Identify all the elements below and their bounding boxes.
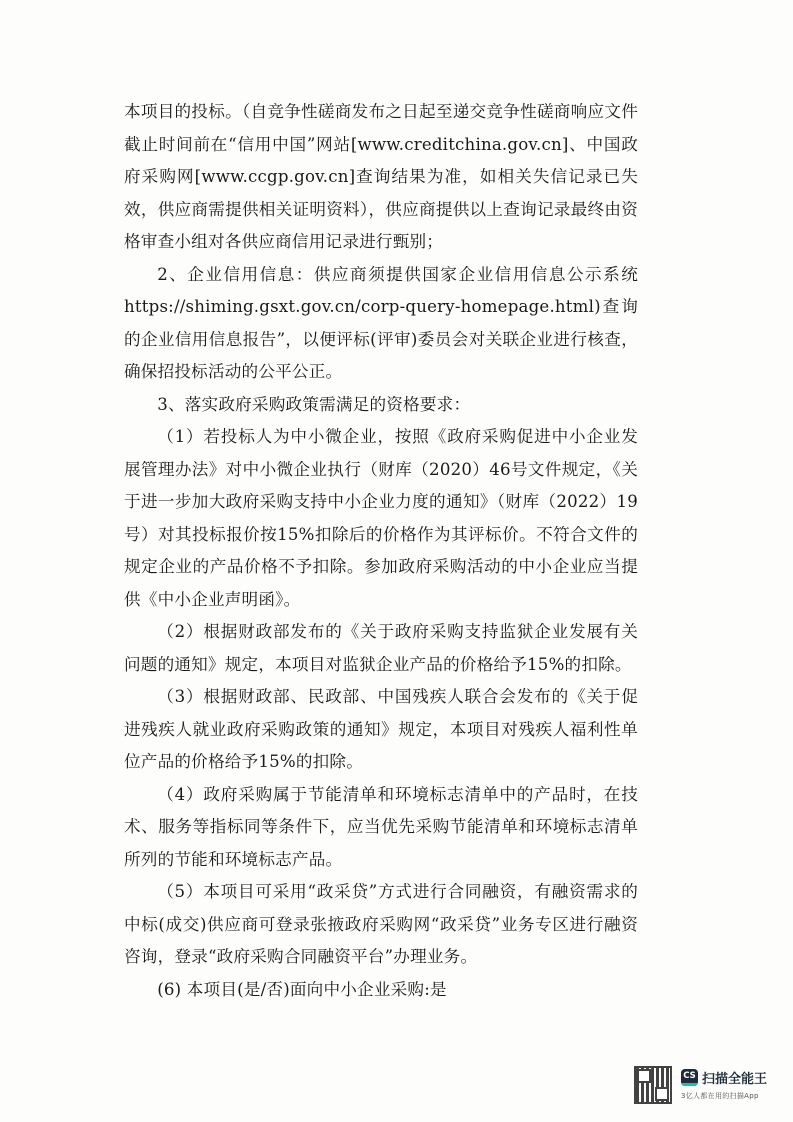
- watermark-brand: 扫描全能王: [702, 1068, 767, 1087]
- paragraph-disabled-welfare: （3）根据财政部、民政部、中国残疾人联合会发布的《关于促进残疾人就业政府采购政策…: [124, 681, 638, 779]
- paragraph-policy-heading: 3、落实政府采购政策需满足的资格要求：: [124, 389, 638, 422]
- camscanner-logo-icon: CS: [681, 1069, 698, 1086]
- paragraph-energy-saving: （4）政府采购属于节能清单和环境标志清单中的产品时，在技术、服务等指标同等条件下…: [124, 779, 638, 877]
- watermark-tagline: 3亿人都在用的扫描App: [681, 1091, 759, 1101]
- document-page: 本项目的投标。（自竞争性磋商发布之日起至递交竞争性磋商响应文件截止时间前在“信用…: [124, 96, 638, 1006]
- paragraph-enterprise-credit: 2、企业信用信息：供应商须提供国家企业信用信息公示系统https://shimi…: [124, 259, 638, 389]
- paragraph-prison-enterprise: （2）根据财政部发布的《关于政府采购支持监狱企业发展有关问题的通知》规定，本项目…: [124, 616, 638, 681]
- paragraph-procurement-loan: （5）本项目可采用“政采贷”方式进行合同融资，有融资需求的中标(成交)供应商可登…: [124, 876, 638, 974]
- paragraph-credit-china: 本项目的投标。（自竞争性磋商发布之日起至递交竞争性磋商响应文件截止时间前在“信用…: [124, 96, 638, 259]
- paragraph-sme-oriented: (6) 本项目(是/否)面向中小企业采购:是: [124, 974, 638, 1007]
- paragraph-sme-discount: （1）若投标人为中小微企业，按照《政府采购促进中小企业发展管理办法》对中小微企业…: [124, 421, 638, 616]
- camscanner-watermark: CS 扫描全能王 3亿人都在用的扫描App: [634, 1066, 793, 1116]
- qr-code-icon: [634, 1066, 672, 1104]
